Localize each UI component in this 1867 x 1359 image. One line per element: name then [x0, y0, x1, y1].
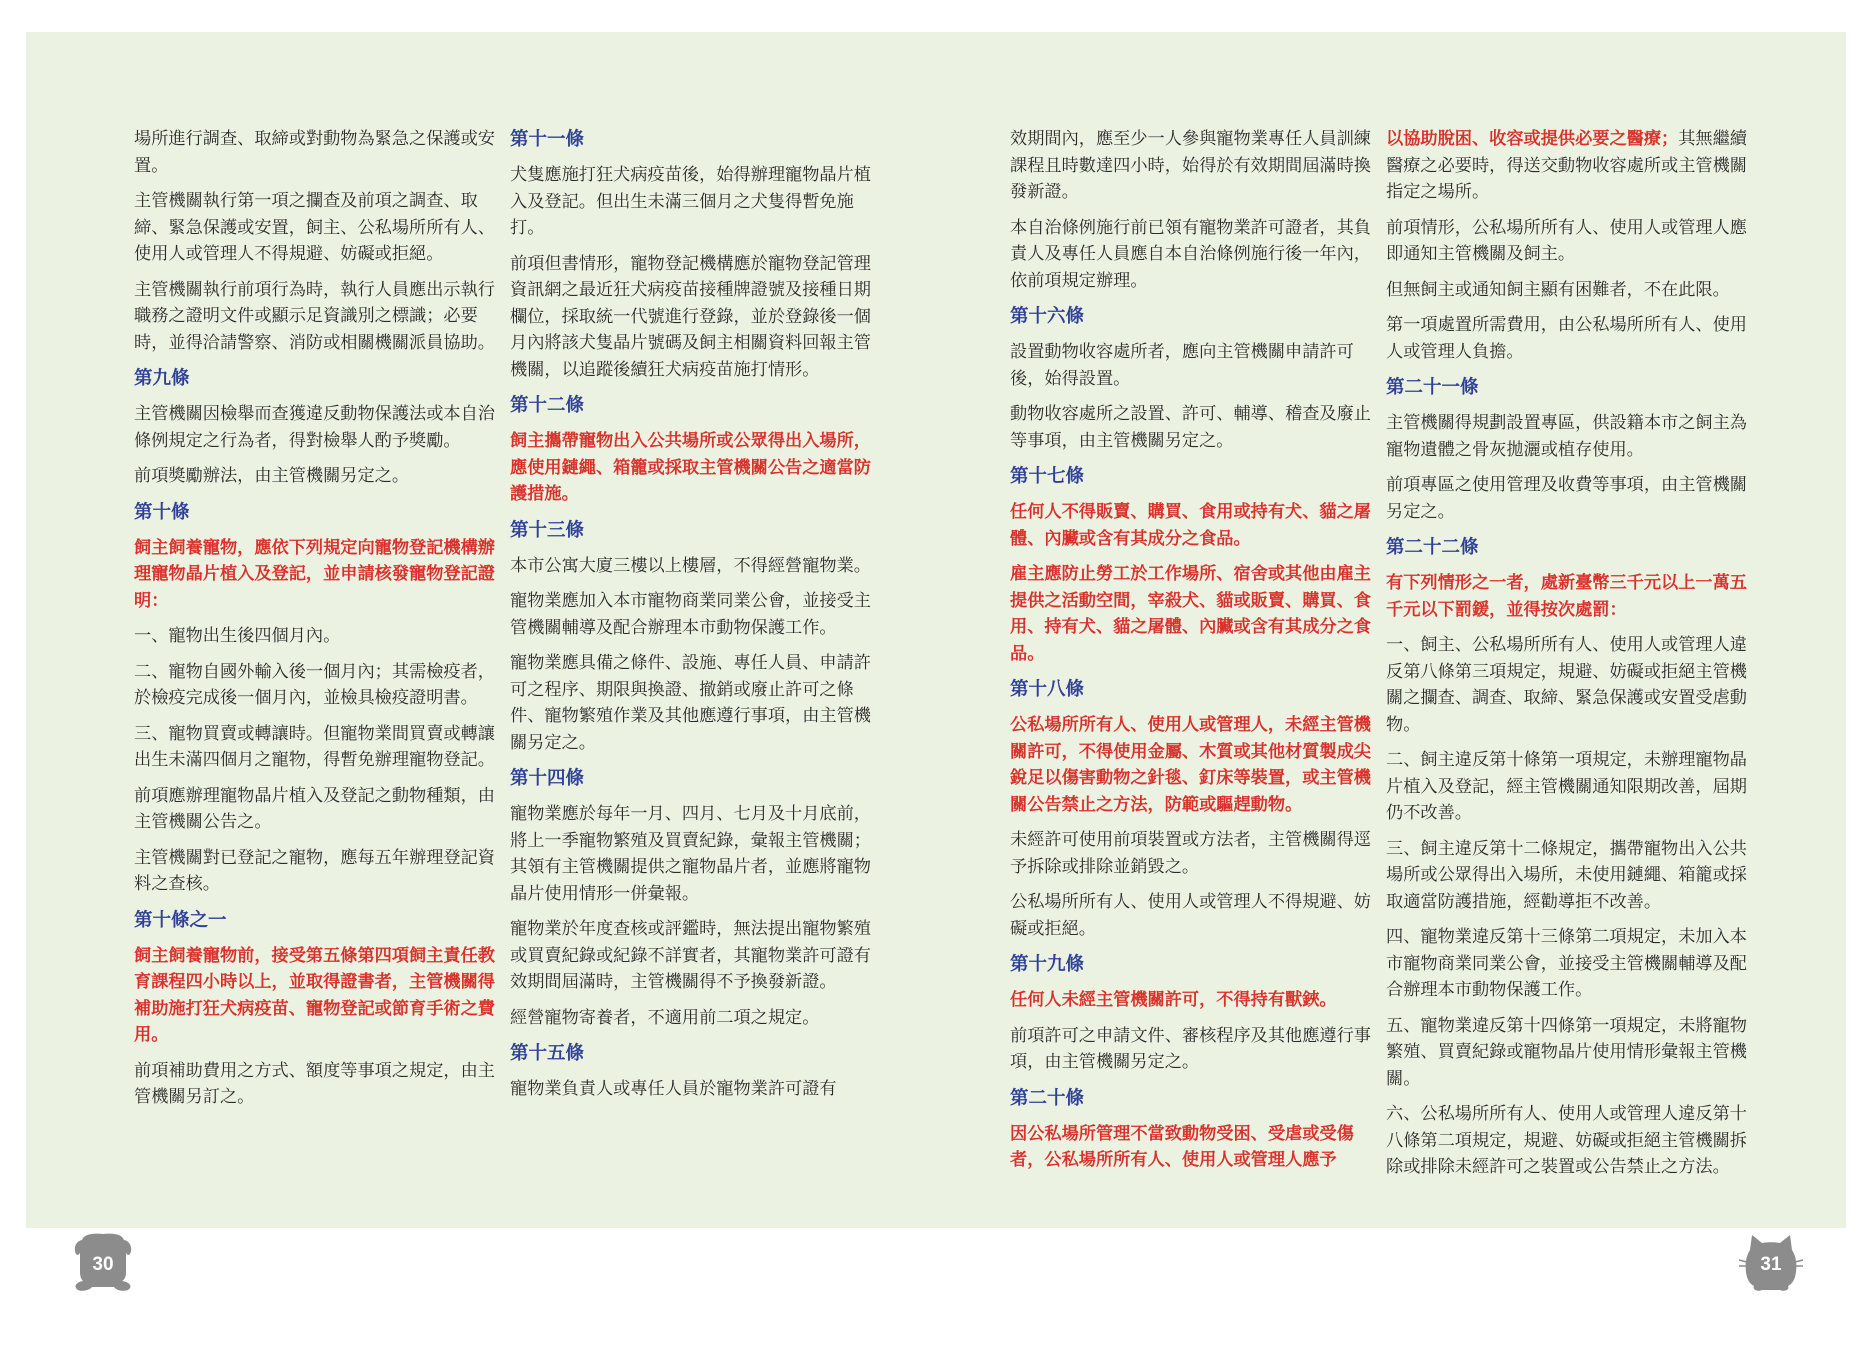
- paragraph: 寵物業應於每年一月、四月、七月及十月底前，將上一季寵物繁殖及買賣紀錄，彙報主管機…: [510, 801, 882, 907]
- article-heading: 第十六條: [1010, 303, 1382, 330]
- article-heading: 第十條之一: [134, 907, 506, 934]
- article-heading: 第十一條: [510, 126, 882, 153]
- paragraph: 犬隻應施打狂犬病疫苗後，始得辦理寵物晶片植入及登記。但出生未滿三個月之犬隻得暫免…: [510, 162, 882, 242]
- article-heading: 第二十一條: [1386, 374, 1758, 401]
- emphasized-paragraph: 任何人不得販賣、購買、食用或持有犬、貓之屠體、內臟或含有其成分之食品。: [1010, 499, 1382, 552]
- paragraph: 前項應辦理寵物晶片植入及登記之動物種類，由主管機關公告之。: [134, 783, 506, 836]
- paragraph: 第一項處置所需費用，由公私場所所有人、使用人或管理人負擔。: [1386, 312, 1758, 365]
- page-number-badge-right: 31: [1738, 1232, 1804, 1292]
- article-heading: 第十二條: [510, 392, 882, 419]
- paragraph: 主管機關因檢舉而查獲違反動物保護法或本自治條例規定之行為者，得對檢舉人酌予獎勵。: [134, 401, 506, 454]
- paragraph: 但無飼主或通知飼主顯有困難者，不在此限。: [1386, 277, 1758, 304]
- paragraph: 主管機關執行前項行為時，執行人員應出示執行職務之證明文件或顯示足資識別之標識；必…: [134, 277, 506, 357]
- article-heading: 第十條: [134, 499, 506, 526]
- page-number-badge-left: 30: [70, 1232, 136, 1292]
- paragraph: 寵物業負責人或專任人員於寵物業許可證有: [510, 1076, 882, 1103]
- paragraph: 主管機關執行第一項之攔查及前項之調查、取締、緊急保護或安置，飼主、公私場所所有人…: [134, 188, 506, 268]
- column-4: 以協助脫困、收容或提供必要之醫療；其無繼續醫療之必要時，得送交動物收容處所或主管…: [1386, 126, 1758, 1190]
- paragraph: 三、飼主違反第十二條規定，攜帶寵物出入公共場所或公眾得出入場所，未使用鏈繩、箱籠…: [1386, 836, 1758, 916]
- article-heading: 第十七條: [1010, 463, 1382, 490]
- mixed-paragraph: 以協助脫困、收容或提供必要之醫療；其無繼續醫療之必要時，得送交動物收容處所或主管…: [1386, 126, 1758, 206]
- article-heading: 第十五條: [510, 1040, 882, 1067]
- page-number-left: 30: [70, 1254, 136, 1276]
- emphasized-paragraph: 飼主飼養寵物，應依下列規定向寵物登記機構辦理寵物晶片植入及登記，並申請核發寵物登…: [134, 535, 506, 615]
- paragraph: 二、寵物自國外輸入後一個月內；其需檢疫者，於檢疫完成後一個月內，並檢具檢疫證明書…: [134, 659, 506, 712]
- paragraph: 寵物業應具備之條件、設施、專任人員、申請許可之程序、期限與換證、撤銷或廢止許可之…: [510, 650, 882, 756]
- paragraph: 一、飼主、公私場所所有人、使用人或管理人違反第八條第三項規定，規避、妨礙或拒絕主…: [1386, 632, 1758, 738]
- article-heading: 第二十條: [1010, 1085, 1382, 1112]
- article-heading: 第十九條: [1010, 951, 1382, 978]
- paragraph: 四、寵物業違反第十三條第二項規定，未加入本市寵物商業同業公會，並接受主管機關輔導…: [1386, 924, 1758, 1004]
- article-heading: 第二十二條: [1386, 534, 1758, 561]
- paragraph: 公私場所所有人、使用人或管理人不得規避、妨礙或拒絕。: [1010, 889, 1382, 942]
- paragraph: 前項許可之申請文件、審核程序及其他應遵行事項，由主管機關另定之。: [1010, 1023, 1382, 1076]
- paragraph: 前項補助費用之方式、額度等事項之規定，由主管機關另訂之。: [134, 1058, 506, 1111]
- emphasized-paragraph: 任何人未經主管機關許可，不得持有獸鋏。: [1010, 987, 1382, 1014]
- paragraph: 場所進行調查、取締或對動物為緊急之保護或安置。: [134, 126, 506, 179]
- column-2: 第十一條犬隻應施打狂犬病疫苗後，始得辦理寵物晶片植入及登記。但出生未滿三個月之犬…: [510, 126, 882, 1112]
- emphasized-paragraph: 雇主應防止勞工於工作場所、宿舍或其他由雇主提供之活動空間，宰殺犬、貓或販賣、購買…: [1010, 561, 1382, 667]
- paragraph: 六、公私場所所有人、使用人或管理人違反第十八條第二項規定，規避、妨礙或拒絕主管機…: [1386, 1101, 1758, 1181]
- emphasized-paragraph: 因公私場所管理不當致動物受困、受虐或受傷者，公私場所所有人、使用人或管理人應予: [1010, 1121, 1382, 1174]
- article-heading: 第十八條: [1010, 676, 1382, 703]
- paragraph: 本自治條例施行前已領有寵物業許可證者，其負責人及專任人員應自本自治條例施行後一年…: [1010, 215, 1382, 295]
- emphasized-paragraph: 有下列情形之一者，處新臺幣三千元以上一萬五千元以下罰鍰，並得按次處罰：: [1386, 570, 1758, 623]
- column-3: 效期間內，應至少一人參與寵物業專任人員訓練課程且時數達四小時，始得於有效期間屆滿…: [1010, 126, 1382, 1183]
- paragraph: 一、寵物出生後四個月內。: [134, 623, 506, 650]
- emphasized-paragraph: 公私場所所有人、使用人或管理人，未經主管機關許可，不得使用金屬、木質或其他材質製…: [1010, 712, 1382, 818]
- emphasized-paragraph: 飼主攜帶寵物出入公共場所或公眾得出入場所，應使用鏈繩、箱籠或採取主管機關公告之適…: [510, 428, 882, 508]
- paragraph: 未經許可使用前項裝置或方法者，主管機關得逕予拆除或排除並銷毀之。: [1010, 827, 1382, 880]
- article-heading: 第十四條: [510, 765, 882, 792]
- paragraph: 三、寵物買賣或轉讓時。但寵物業間買賣或轉讓出生未滿四個月之寵物，得暫免辦理寵物登…: [134, 721, 506, 774]
- paragraph: 前項獎勵辦法，由主管機關另定之。: [134, 463, 506, 490]
- paragraph: 設置動物收容處所者，應向主管機關申請許可後，始得設置。: [1010, 339, 1382, 392]
- emphasized-paragraph: 飼主飼養寵物前，接受第五條第四項飼主責任教育課程四小時以上，並取得證書者，主管機…: [134, 943, 506, 1049]
- paragraph: 前項專區之使用管理及收費等事項，由主管機關另定之。: [1386, 472, 1758, 525]
- emphasized-text: 以協助脫困、收容或提供必要之醫療；: [1386, 129, 1678, 149]
- paragraph: 本市公寓大廈三樓以上樓層，不得經營寵物業。: [510, 553, 882, 580]
- paragraph: 寵物業應加入本市寵物商業同業公會，並接受主管機關輔導及配合辦理本市動物保護工作。: [510, 588, 882, 641]
- paragraph: 前項情形，公私場所所有人、使用人或管理人應即通知主管機關及飼主。: [1386, 215, 1758, 268]
- paragraph: 主管機關對已登記之寵物，應每五年辦理登記資料之查核。: [134, 845, 506, 898]
- article-heading: 第九條: [134, 365, 506, 392]
- page-number-right: 31: [1738, 1254, 1804, 1276]
- paragraph: 前項但書情形，寵物登記機構應於寵物登記管理資訊網之最近狂犬病疫苗接種牌證號及接種…: [510, 251, 882, 384]
- column-1: 場所進行調查、取締或對動物為緊急之保護或安置。主管機關執行第一項之攔查及前項之調…: [134, 126, 506, 1120]
- article-heading: 第十三條: [510, 517, 882, 544]
- paragraph: 效期間內，應至少一人參與寵物業專任人員訓練課程且時數達四小時，始得於有效期間屆滿…: [1010, 126, 1382, 206]
- paragraph: 五、寵物業違反第十四條第一項規定，未將寵物繁殖、買賣紀錄或寵物晶片使用情形彙報主…: [1386, 1013, 1758, 1093]
- paragraph: 二、飼主違反第十條第一項規定，未辦理寵物晶片植入及登記，經主管機關通知限期改善，…: [1386, 747, 1758, 827]
- paragraph: 經營寵物寄養者，不適用前二項之規定。: [510, 1005, 882, 1032]
- paragraph: 動物收容處所之設置、許可、輔導、稽查及廢止等事項，由主管機關另定之。: [1010, 401, 1382, 454]
- paragraph: 主管機關得規劃設置專區，供設籍本市之飼主為寵物遺體之骨灰拋灑或植存使用。: [1386, 410, 1758, 463]
- paragraph: 寵物業於年度查核或評鑑時，無法提出寵物繁殖或買賣紀錄或紀錄不詳實者，其寵物業許可…: [510, 916, 882, 996]
